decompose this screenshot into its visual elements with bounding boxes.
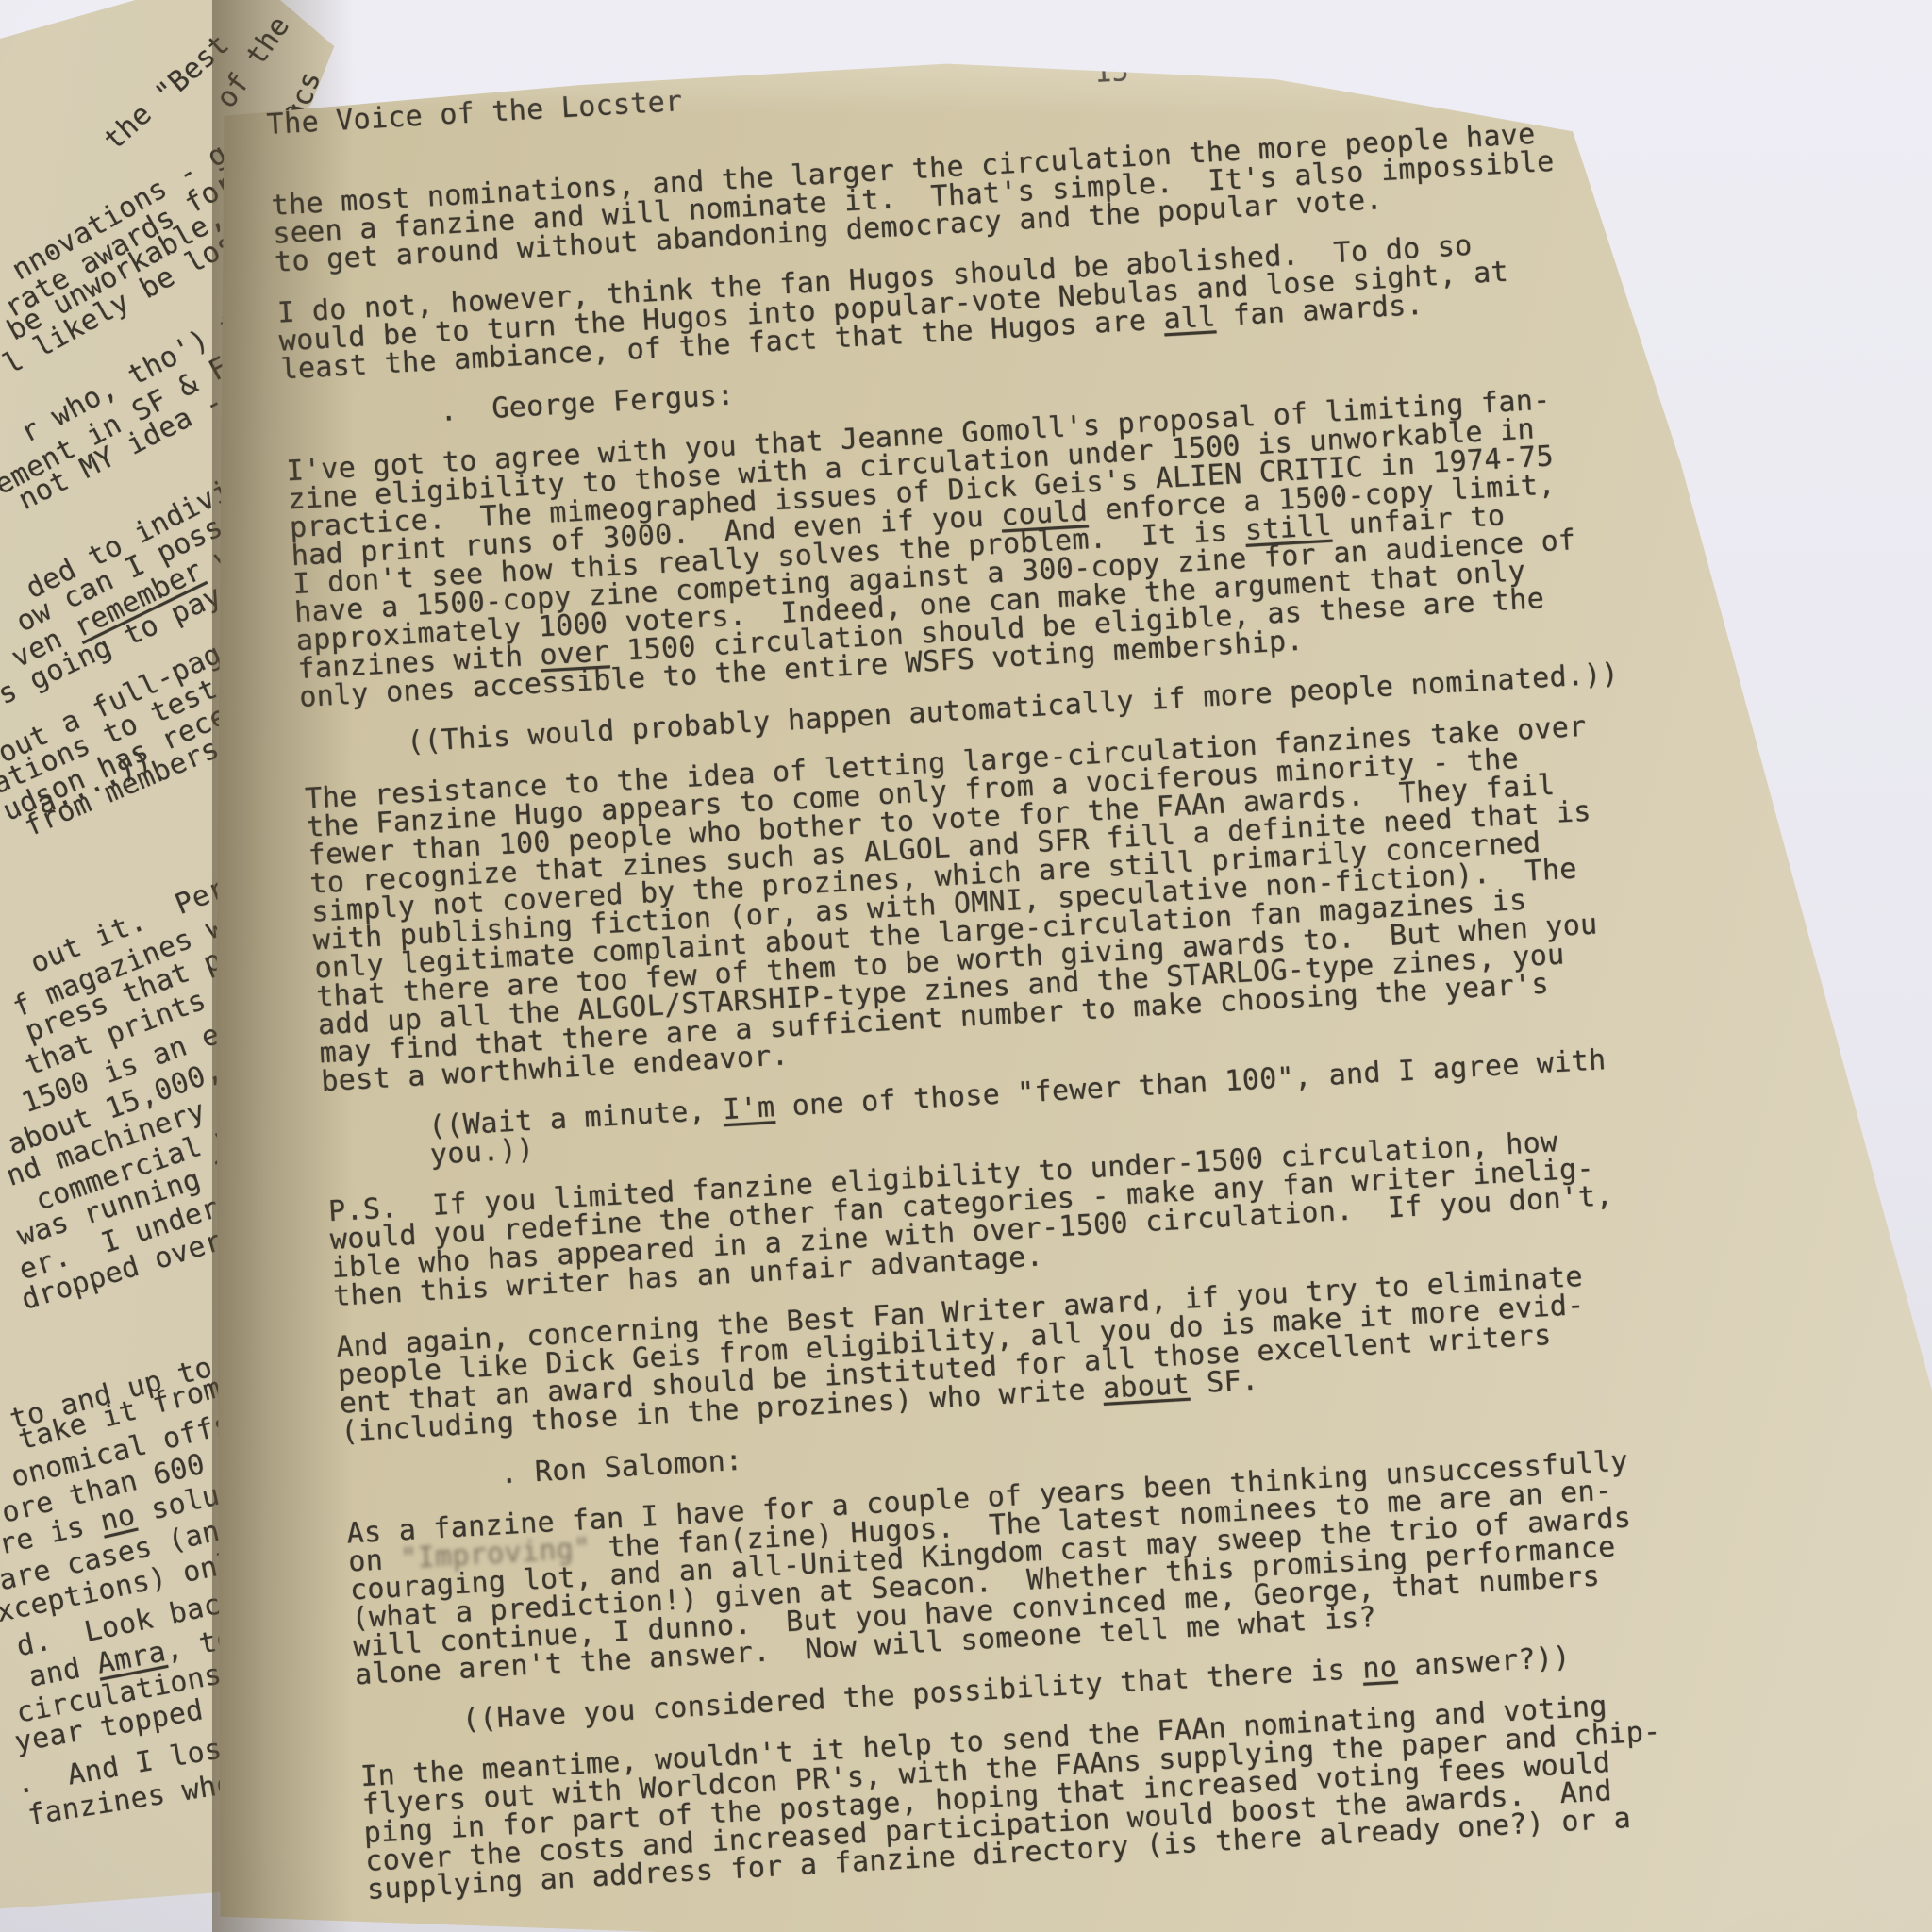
typed-text: The Voice of the Locster the most nomina…: [266, 31, 1782, 1927]
fanzine-page-photo: the "Bestof theLocsnnovations - givingra…: [0, 0, 1932, 1932]
para-block: I've got to agree with you that Jeanne G…: [286, 377, 1713, 712]
right-page: 15 The Voice of the Locster the most nom…: [0, 0, 1932, 1932]
typed-blocks: the most nominations, and the larger the…: [271, 112, 1781, 1905]
para-block: The resistance to the idea of letting la…: [305, 706, 1735, 1097]
page-number: 15: [1093, 58, 1129, 88]
